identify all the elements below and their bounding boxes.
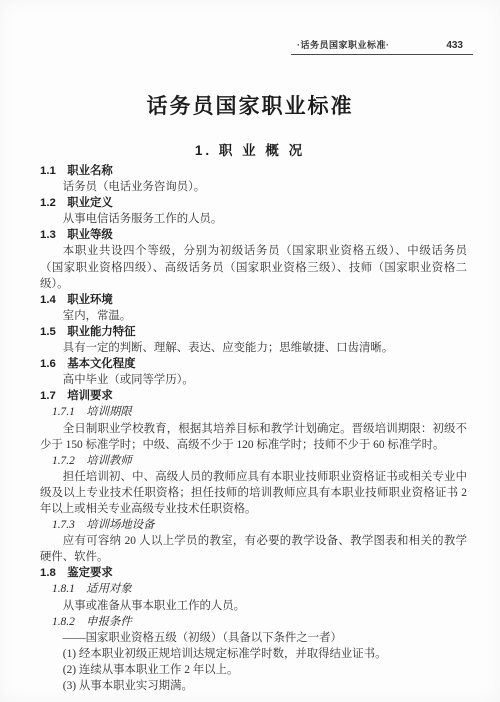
list-item-3: (3) 从事本职业实习期满。 — [40, 678, 467, 694]
subsection-heading-1-5: 1.5 职业能力特征 — [40, 324, 467, 340]
paragraph: 本职业共设四个等级，分别为初级话务员（国家职业资格五级）、中级话务员（国家职业资… — [40, 243, 467, 291]
subsection-heading-1-7: 1.7 培训要求 — [40, 388, 467, 404]
paragraph: 从事或准备从事本职业工作的人员。 — [40, 598, 467, 614]
paragraph: 全日制职业学校教育，根据其培养目标和教学计划确定。晋级培训期限：初级不少于 15… — [40, 421, 467, 453]
section-heading: 1. 职 业 概 况 — [0, 139, 500, 159]
subsection-heading-1-8: 1.8 鉴定要求 — [40, 565, 467, 581]
paragraph: 高中毕业（或同等学历）。 — [40, 372, 467, 388]
subsubsection-heading-1-8-2: 1.8.2 申报条件 — [40, 614, 467, 630]
paragraph: 从事电信话务服务工作的人员。 — [40, 211, 467, 227]
subsection-heading-1-2: 1.2 职业定义 — [40, 195, 467, 211]
subsubsection-heading-1-7-3: 1.7.3 培训场地设备 — [40, 517, 467, 533]
subsubsection-heading-1-7-1: 1.7.1 培训期限 — [40, 404, 467, 420]
page-number: 433 — [446, 40, 463, 51]
running-title: ·话务员国家职业标准· — [297, 38, 390, 51]
document-body: 1.1 职业名称 话务员（电话业务咨询员）。 1.2 职业定义 从事电信话务服务… — [40, 163, 467, 694]
running-header: ·话务员国家职业标准· 433 — [291, 38, 473, 55]
list-item-1: (1) 经本职业初级正规培训达规定标准学时数，并取得结业证书。 — [40, 646, 467, 662]
paragraph: 室内，常温。 — [40, 308, 467, 324]
subsection-heading-1-6: 1.6 基本文化程度 — [40, 356, 467, 372]
paragraph: 话务员（电话业务咨询员）。 — [40, 179, 467, 195]
scanned-document-page: ·话务员国家职业标准· 433 话务员国家职业标准 1. 职 业 概 况 1.1… — [0, 0, 500, 702]
paragraph: 担任培训初、中、高级人员的教师应具有本职业技师职业资格证书或相关专业中级及以上专… — [40, 469, 467, 517]
subsection-heading-1-3: 1.3 职业等级 — [40, 227, 467, 243]
document-title: 话务员国家职业标准 — [0, 90, 500, 120]
list-item-2: (2) 连续从事本职业工作 2 年以上。 — [40, 662, 467, 678]
paragraph: 应有可容纳 20 人以上学员的教室，有必要的教学设备、教学图表和相关的教学硬件、… — [40, 533, 467, 565]
paragraph: 具有一定的判断、理解、表达、应变能力；思维敏捷、口齿清晰。 — [40, 340, 467, 356]
subsection-heading-1-4: 1.4 职业环境 — [40, 292, 467, 308]
subsubsection-heading-1-8-1: 1.8.1 适用对象 — [40, 581, 467, 597]
subsection-heading-1-1: 1.1 职业名称 — [40, 163, 467, 179]
paragraph-dash-item: ——国家职业资格五级（初级）（具备以下条件之一者） — [40, 630, 467, 646]
subsubsection-heading-1-7-2: 1.7.2 培训教师 — [40, 453, 467, 469]
